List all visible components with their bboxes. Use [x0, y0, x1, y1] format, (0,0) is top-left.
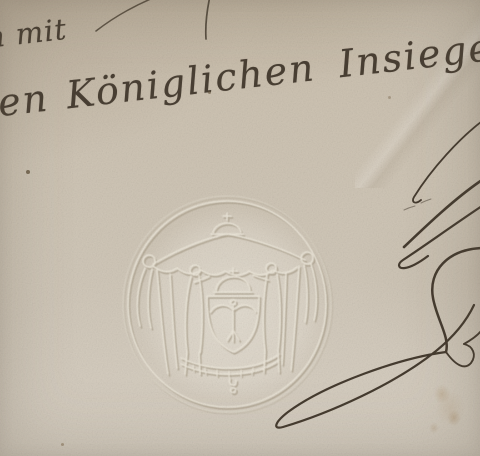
cut-off-pen-strokes [96, 0, 210, 39]
ink-speck [388, 96, 391, 99]
seal-emboss-highlight [123, 196, 331, 412]
document-photo: n mit ktenKöniglichen Insiegel. [0, 0, 480, 456]
ink-speck [26, 170, 30, 174]
seal-light-patch [108, 180, 356, 430]
ink-signature-flourish [276, 122, 480, 428]
ink-speck [61, 443, 64, 446]
foxing-stain [420, 378, 478, 442]
handwriting-line-2-text: Königlichen Insiegel. [64, 22, 480, 117]
handwriting-line-2: ktenKöniglichen Insiegel. [0, 21, 480, 131]
handwriting-line-2-fragment: kten [0, 76, 51, 130]
seal-emboss-shadow [125, 198, 333, 414]
handwriting-line-1-fragment: n mit [0, 12, 69, 55]
handwriting-line-1: n mit [0, 11, 69, 56]
